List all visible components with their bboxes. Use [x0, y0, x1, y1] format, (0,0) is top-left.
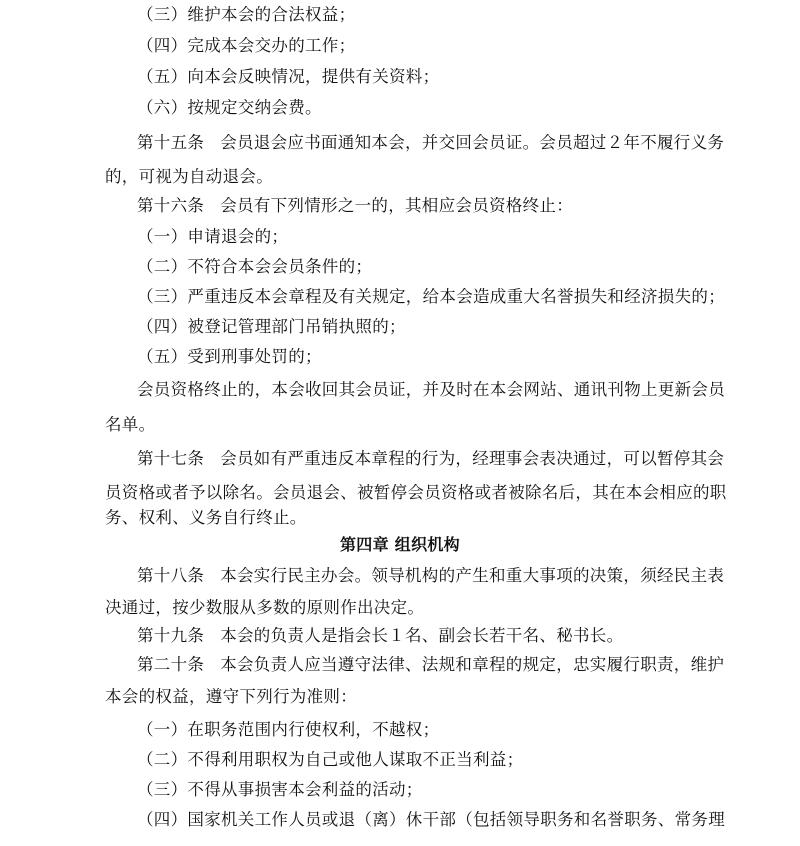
article-text: 本会负责人应当遵守法律、法规和章程的规定，忠实履行职责，维护 — [220, 655, 724, 674]
list-item: （五）向本会反映情况，提供有关资料； — [137, 67, 737, 87]
article-label: 第十五条 — [137, 133, 204, 152]
list-item: （四）完成本会交办的工作； — [137, 36, 737, 56]
article-15: 第十五条会员退会应书面通知本会，并交回会员证。会员超过２年不履行义务 — [137, 133, 737, 153]
article-text: 本会的负责人是指会长１名、副会长若干名、秘书长。 — [220, 626, 623, 645]
article-16: 第十六条会员有下列情形之一的，其相应会员资格终止： — [137, 196, 737, 216]
article-label: 第十九条 — [137, 626, 204, 645]
list-item: （三）维护本会的合法权益； — [137, 5, 737, 25]
list-item: （四）被登记管理部门吊销执照的； — [137, 317, 737, 337]
list-item: （三）不得从事损害本会利益的活动； — [137, 780, 737, 800]
article-19: 第十九条本会的负责人是指会长１名、副会长若干名、秘书长。 — [137, 626, 737, 646]
article-text: 会员有下列情形之一的，其相应会员资格终止： — [220, 196, 573, 215]
article-text: 会员如有严重违反本章程的行为，经理事会表决通过，可以暂停其会 — [220, 449, 724, 468]
article-label: 第二十条 — [137, 655, 204, 674]
article-17: 第十七条会员如有严重违反本章程的行为，经理事会表决通过，可以暂停其会 — [137, 449, 737, 469]
paragraph-continuation: 决通过，按少数服从多数的原则作出决定。 — [105, 598, 705, 618]
paragraph-continuation: 务、权利、义务自行终止。 — [105, 508, 705, 528]
paragraph-continuation: 名单。 — [105, 415, 705, 435]
article-label: 第十七条 — [137, 449, 204, 468]
article-text: 本会实行民主办会。领导机构的产生和重大事项的决策，须经民主表 — [220, 566, 724, 585]
paragraph-continuation: 的，可视为自动退会。 — [105, 167, 705, 187]
list-item: （二）不符合本会会员条件的； — [137, 257, 737, 277]
chapter-heading: 第四章 组织机构 — [0, 535, 800, 555]
list-item: （三）严重违反本会章程及有关规定，给本会造成重大名誉损失和经济损失的； — [137, 287, 737, 307]
document-page: （三）维护本会的合法权益； （四）完成本会交办的工作； （五）向本会反映情况，提… — [0, 0, 800, 846]
list-item: （四）国家机关工作人员或退（离）休干部（包括领导职务和名誉职务、常务理 — [137, 810, 737, 830]
list-item: （一）在职务范围内行使权利，不越权； — [137, 720, 737, 740]
list-item: （一）申请退会的； — [137, 227, 737, 247]
list-item: （五）受到刑事处罚的； — [137, 347, 737, 367]
article-label: 第十八条 — [137, 566, 204, 585]
article-label: 第十六条 — [137, 196, 204, 215]
article-18: 第十八条本会实行民主办会。领导机构的产生和重大事项的决策，须经民主表 — [137, 566, 737, 586]
paragraph: 会员资格终止的，本会收回其会员证，并及时在本会网站、通讯刊物上更新会员 — [137, 380, 737, 400]
article-20: 第二十条本会负责人应当遵守法律、法规和章程的规定，忠实履行职责，维护 — [137, 655, 737, 675]
article-text: 会员退会应书面通知本会，并交回会员证。会员超过２年不履行义务 — [220, 133, 724, 152]
list-item: （六）按规定交纳会费。 — [137, 98, 737, 118]
paragraph-continuation: 本会的权益，遵守下列行为准则： — [105, 687, 705, 707]
paragraph-continuation: 员资格或者予以除名。会员退会、被暂停会员资格或者被除名后，其在本会相应的职 — [105, 483, 705, 503]
list-item: （二）不得利用职权为自己或他人谋取不正当利益； — [137, 750, 737, 770]
